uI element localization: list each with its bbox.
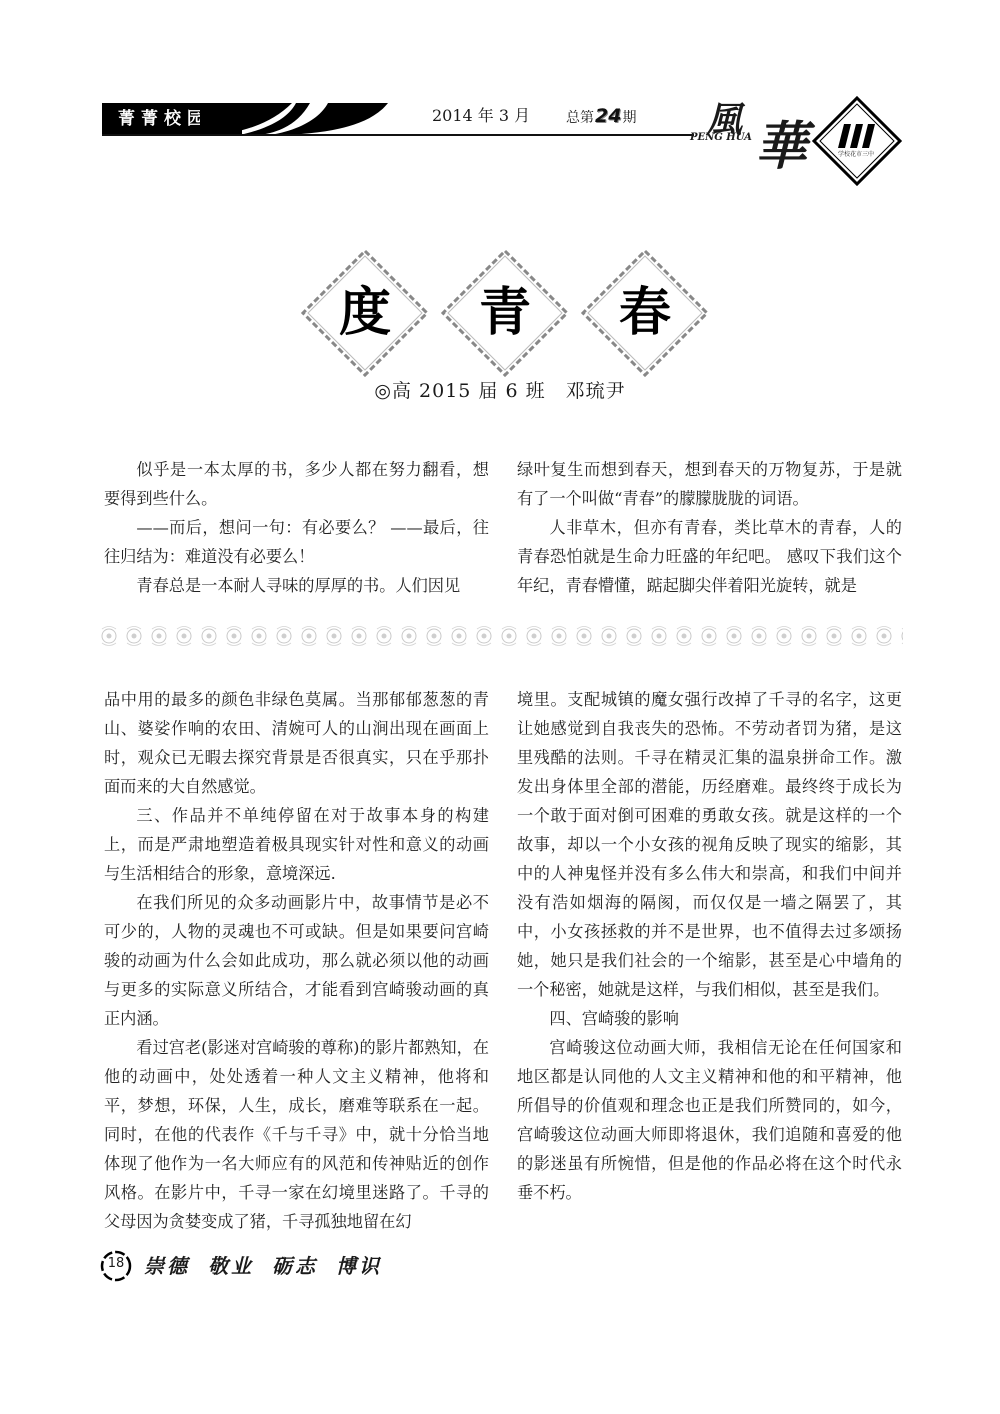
paragraph: 人非草木，但亦有青春，类比草木的青春，人的青春恐怕就是生命力旺盛的年纪吧。 感叹… [517,513,902,600]
page-footer: 18 崇德敬业砺志博识 [100,1250,500,1286]
paragraph: 似乎是一本太厚的书，多少人都在努力翻看，想要得到些什么。 [104,455,489,513]
paragraph: 宫崎骏这位动画大师，我相信无论在任何国家和地区都是认同他的人文主义精神和他的和平… [517,1033,902,1207]
section-heading: 四、宫崎骏的影响 [517,1004,902,1033]
magazine-logo: 風 PENG HUA 華 学校花市三中 [690,92,905,192]
paragraph: 看过宫老(影迷对宫崎骏的尊称)的影片都熟知，在他的动画中，处处透着一种人文主义精… [104,1033,489,1236]
motto-item: 敬业 [208,1254,254,1278]
paragraph: ——而后，想问一句：有必要么？ ——最后，往往归结为：难道没有必要么！ [104,513,489,571]
paragraph: 在我们所见的众多动画影片中，故事情节是必不可少的，人物的灵魂也不可或缺。但是如果… [104,888,489,1033]
section-name: 菁菁校园 [118,106,210,132]
title-tile: 春 [580,248,710,378]
paragraph: 绿叶复生而想到春天，想到春天的万物复苏，于是就有了一个叫做“青春”的朦朦胧胧的词… [517,455,902,513]
intro-column-right: 绿叶复生而想到春天，想到春天的万物复苏，于是就有了一个叫做“青春”的朦朦胧胧的词… [517,455,902,600]
paragraph: 青春总是一本耐人寻味的厚厚的书。人们因见 [104,571,489,600]
title-char: 春 [580,278,710,348]
page-header: 菁菁校园 2014 年 3 月 总第24期 風 PENG HUA 華 学校花市三… [0,0,1000,200]
title-tile: 度 [300,248,430,378]
issue-number-value: 24 [595,105,621,127]
title-tile: 青 [440,248,570,378]
title-char: 度 [300,278,430,348]
body-column-right: 境里。支配城镇的魔女强行改掉了千寻的名字，这更让她感觉到自我丧失的恐怖。不劳动者… [517,685,902,1207]
intro-column-left: 似乎是一本太厚的书，多少人都在努力翻看，想要得到些什么。 ——而后，想问一句：有… [104,455,489,600]
motto-item: 崇德 [144,1254,190,1278]
logo-char-hua: 華 [755,104,807,179]
page-number: 18 [100,1256,132,1271]
title-char: 青 [440,278,570,348]
school-name: 学校花市三中 [831,149,881,158]
author-byline: ◎高 2015 届 6 班 邓琉尹 [0,376,1000,403]
header-rule [102,134,694,136]
motto-item: 砺志 [272,1254,318,1278]
motto-item: 博识 [336,1254,382,1278]
paragraph: 品中用的最多的颜色非绿色莫属。当那郁郁葱葱的青山、婆娑作响的农田、清婉可人的山涧… [104,685,489,801]
paragraph: 三、作品并不单纯停留在对于故事本身的构建上，而是严肃地塑造着极具现实针对性和意义… [104,801,489,888]
article-title: 度 青 春 [300,248,710,393]
issue-suffix: 期 [622,110,636,126]
issue-date: 2014 年 3 月 [432,105,530,127]
floral-divider-decoration [97,624,903,650]
school-emblem-icon [812,96,902,186]
school-motto: 崇德敬业砺志博识 [144,1252,400,1280]
issue-number: 总第24期 [566,105,636,129]
issue-prefix: 总第 [566,110,594,126]
paragraph: 境里。支配城镇的魔女强行改掉了千寻的名字，这更让她感觉到自我丧失的恐怖。不劳动者… [517,685,902,1004]
body-column-left: 品中用的最多的颜色非绿色莫属。当那郁郁葱葱的青山、婆娑作响的农田、清婉可人的山涧… [104,685,489,1236]
logo-latin: PENG HUA [690,132,752,143]
